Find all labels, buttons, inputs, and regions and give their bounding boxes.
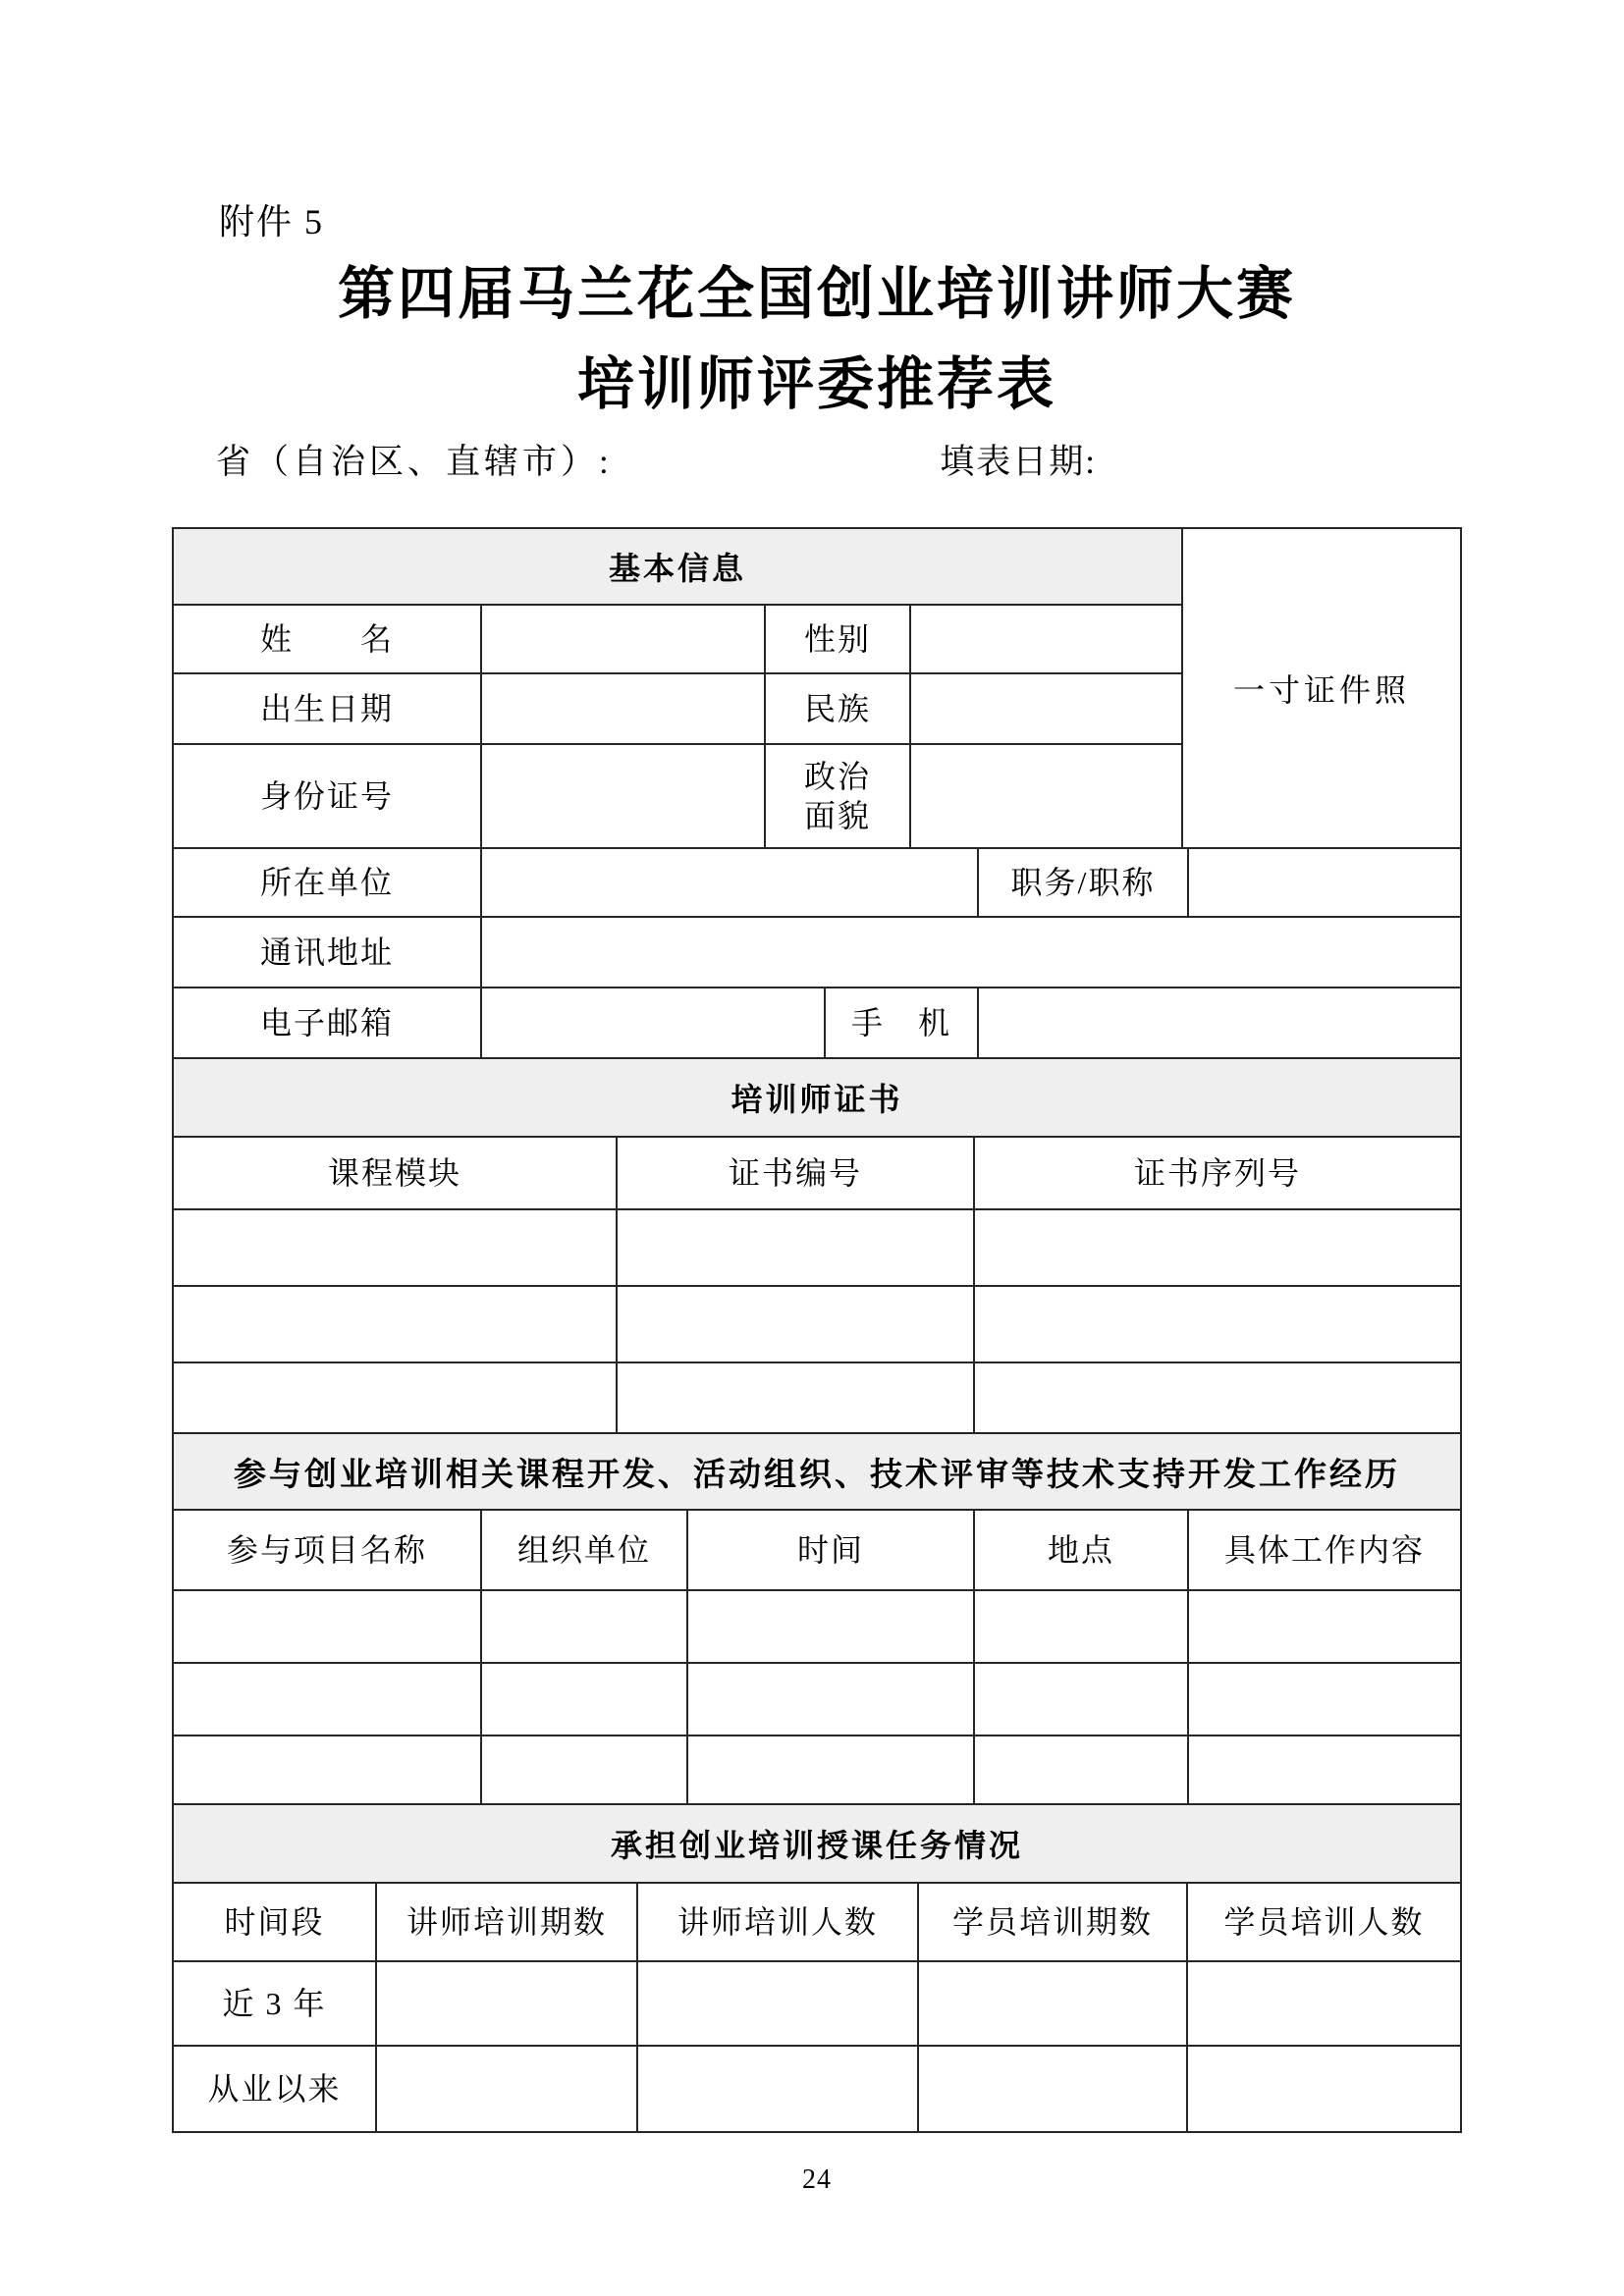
location-value-cell xyxy=(975,1591,1189,1662)
organizer-value-cell xyxy=(482,1736,688,1803)
work-content-value-cell xyxy=(1189,1591,1460,1662)
course-module-column-header: 课程模块 xyxy=(174,1138,618,1208)
certificates-column-header-row: 课程模块 证书编号 证书序列号 xyxy=(174,1138,1460,1210)
experience-blank-row xyxy=(174,1736,1460,1805)
province-label: 省（自治区、直辖市）: xyxy=(216,435,613,484)
mobile-value-cell xyxy=(979,988,1460,1057)
certificate-number-column-header: 证书编号 xyxy=(618,1138,975,1208)
certificate-number-value-cell xyxy=(618,1210,975,1285)
email-label: 电子邮箱 xyxy=(174,988,482,1057)
ethnicity-value-cell xyxy=(911,674,1181,743)
time-value-cell xyxy=(688,1591,975,1662)
course-module-value-cell xyxy=(174,1210,618,1285)
birth-date-label: 出生日期 xyxy=(174,674,482,743)
doc-title-line2: 培训师评委推荐表 xyxy=(172,356,1462,413)
course-module-value-cell xyxy=(174,1363,618,1432)
email-value-cell xyxy=(482,988,826,1057)
time-column-header: 时间 xyxy=(688,1511,975,1589)
table-row: 身份证号 政治 面貌 xyxy=(174,745,1181,847)
certificate-serial-value-cell xyxy=(975,1363,1460,1432)
certificates-blank-row xyxy=(174,1363,1460,1434)
lecturer-training-sessions-value-cell xyxy=(377,2047,638,2131)
id-number-label: 身份证号 xyxy=(174,745,482,847)
work-content-column-header: 具体工作内容 xyxy=(1189,1511,1460,1589)
recommendation-form-table: 基本信息 姓 名 性别 出生日期 民族 身份证号 xyxy=(172,527,1462,2133)
certificates-header: 培训师证书 xyxy=(174,1059,1460,1138)
experience-column-header-row: 参与项目名称 组织单位 时间 地点 具体工作内容 xyxy=(174,1511,1460,1591)
lecturer-training-people-column-header: 讲师培训人数 xyxy=(638,1884,919,1960)
birth-date-value-cell xyxy=(482,674,766,743)
teaching-column-header-row: 时间段 讲师培训期数 讲师培训人数 学员培训期数 学员培训人数 xyxy=(174,1884,1460,1962)
location-value-cell xyxy=(975,1736,1189,1803)
trainee-training-people-value-cell xyxy=(1188,1962,1460,2045)
gender-value-cell xyxy=(911,606,1181,672)
name-value-cell xyxy=(482,606,766,672)
work-content-value-cell xyxy=(1189,1736,1460,1803)
organizer-column-header: 组织单位 xyxy=(482,1511,688,1589)
teaching-header: 承担创业培训授课任务情况 xyxy=(174,1805,1460,1884)
political-status-value-cell xyxy=(911,745,1181,847)
name-label: 姓 名 xyxy=(174,606,482,672)
document-content: 附件 5 第四届马兰花全国创业培训讲师大赛 培训师评委推荐表 省（自治区、直辖市… xyxy=(172,0,1462,2196)
location-column-header: 地点 xyxy=(975,1511,1189,1589)
meta-row: 省（自治区、直辖市）: 填表日期: xyxy=(172,435,1462,484)
trainee-training-sessions-column-header: 学员培训期数 xyxy=(919,1884,1188,1960)
table-row: 姓 名 性别 xyxy=(174,606,1181,674)
basic-info-left: 基本信息 姓 名 性别 出生日期 民族 身份证号 xyxy=(174,529,1181,847)
organizer-value-cell xyxy=(482,1591,688,1662)
project-name-value-cell xyxy=(174,1664,482,1735)
table-row: 所在单位 职务/职称 xyxy=(174,849,1460,918)
photo-placeholder-text: 一寸证件照 xyxy=(1233,666,1410,711)
trainee-training-people-value-cell xyxy=(1188,2047,1460,2131)
certificate-serial-value-cell xyxy=(975,1287,1460,1362)
since-career-label: 从业以来 xyxy=(174,2047,377,2131)
document-page: 附件 5 第四届马兰花全国创业培训讲师大赛 培训师评委推荐表 省（自治区、直辖市… xyxy=(0,0,1624,2296)
trainee-training-sessions-value-cell xyxy=(919,2047,1188,2131)
photo-placeholder-cell: 一寸证件照 xyxy=(1181,529,1460,847)
political-status-label-line1: 政治 xyxy=(804,757,871,796)
experience-blank-row xyxy=(174,1664,1460,1736)
attachment-label: 附件 5 xyxy=(219,0,1462,244)
table-row: 通讯地址 xyxy=(174,918,1460,988)
doc-title-line1: 第四届马兰花全国创业培训讲师大赛 xyxy=(172,266,1462,323)
basic-info-header: 基本信息 xyxy=(174,529,1181,606)
political-status-label: 政治 面貌 xyxy=(766,745,911,847)
work-unit-value-cell xyxy=(482,849,979,916)
position-title-label: 职务/职称 xyxy=(979,849,1189,916)
work-content-value-cell xyxy=(1189,1664,1460,1735)
certificate-number-value-cell xyxy=(618,1287,975,1362)
political-status-label-line2: 面貌 xyxy=(804,796,871,835)
teaching-row-recent-3-years: 近 3 年 xyxy=(174,1962,1460,2047)
time-value-cell xyxy=(688,1664,975,1735)
experience-header: 参与创业培训相关课程开发、活动组织、技术评审等技术支持开发工作经历 xyxy=(174,1434,1460,1511)
lecturer-training-sessions-value-cell xyxy=(377,1962,638,2045)
trainee-training-sessions-value-cell xyxy=(919,1962,1188,2045)
certificates-blank-row xyxy=(174,1210,1460,1287)
time-value-cell xyxy=(688,1736,975,1803)
time-period-column-header: 时间段 xyxy=(174,1884,377,1960)
mailing-address-label: 通讯地址 xyxy=(174,918,482,987)
lecturer-training-people-value-cell xyxy=(638,2047,919,2131)
experience-blank-row xyxy=(174,1591,1460,1664)
teaching-row-since-career: 从业以来 xyxy=(174,2047,1460,2131)
course-module-value-cell xyxy=(174,1287,618,1362)
lecturer-training-people-value-cell xyxy=(638,1962,919,2045)
project-name-value-cell xyxy=(174,1591,482,1662)
trainee-training-people-column-header: 学员培训人数 xyxy=(1188,1884,1460,1960)
id-number-value-cell xyxy=(482,745,766,847)
fill-date-label: 填表日期: xyxy=(940,435,1097,484)
organizer-value-cell xyxy=(482,1664,688,1735)
project-name-value-cell xyxy=(174,1736,482,1803)
location-value-cell xyxy=(975,1664,1189,1735)
page-number: 24 xyxy=(172,2164,1462,2196)
gender-label: 性别 xyxy=(766,606,911,672)
mailing-address-value-cell xyxy=(482,918,1460,987)
basic-info-section: 基本信息 姓 名 性别 出生日期 民族 身份证号 xyxy=(174,529,1460,849)
certificate-serial-value-cell xyxy=(975,1210,1460,1285)
work-unit-label: 所在单位 xyxy=(174,849,482,916)
project-name-column-header: 参与项目名称 xyxy=(174,1511,482,1589)
certificate-serial-column-header: 证书序列号 xyxy=(975,1138,1460,1208)
ethnicity-label: 民族 xyxy=(766,674,911,743)
table-row: 出生日期 民族 xyxy=(174,674,1181,745)
lecturer-training-sessions-column-header: 讲师培训期数 xyxy=(377,1884,638,1960)
mobile-label: 手 机 xyxy=(826,988,979,1057)
table-row: 电子邮箱 手 机 xyxy=(174,988,1460,1059)
certificate-number-value-cell xyxy=(618,1363,975,1432)
certificates-blank-row xyxy=(174,1287,1460,1363)
position-title-value-cell xyxy=(1189,849,1460,916)
recent-3-years-label: 近 3 年 xyxy=(174,1962,377,2045)
